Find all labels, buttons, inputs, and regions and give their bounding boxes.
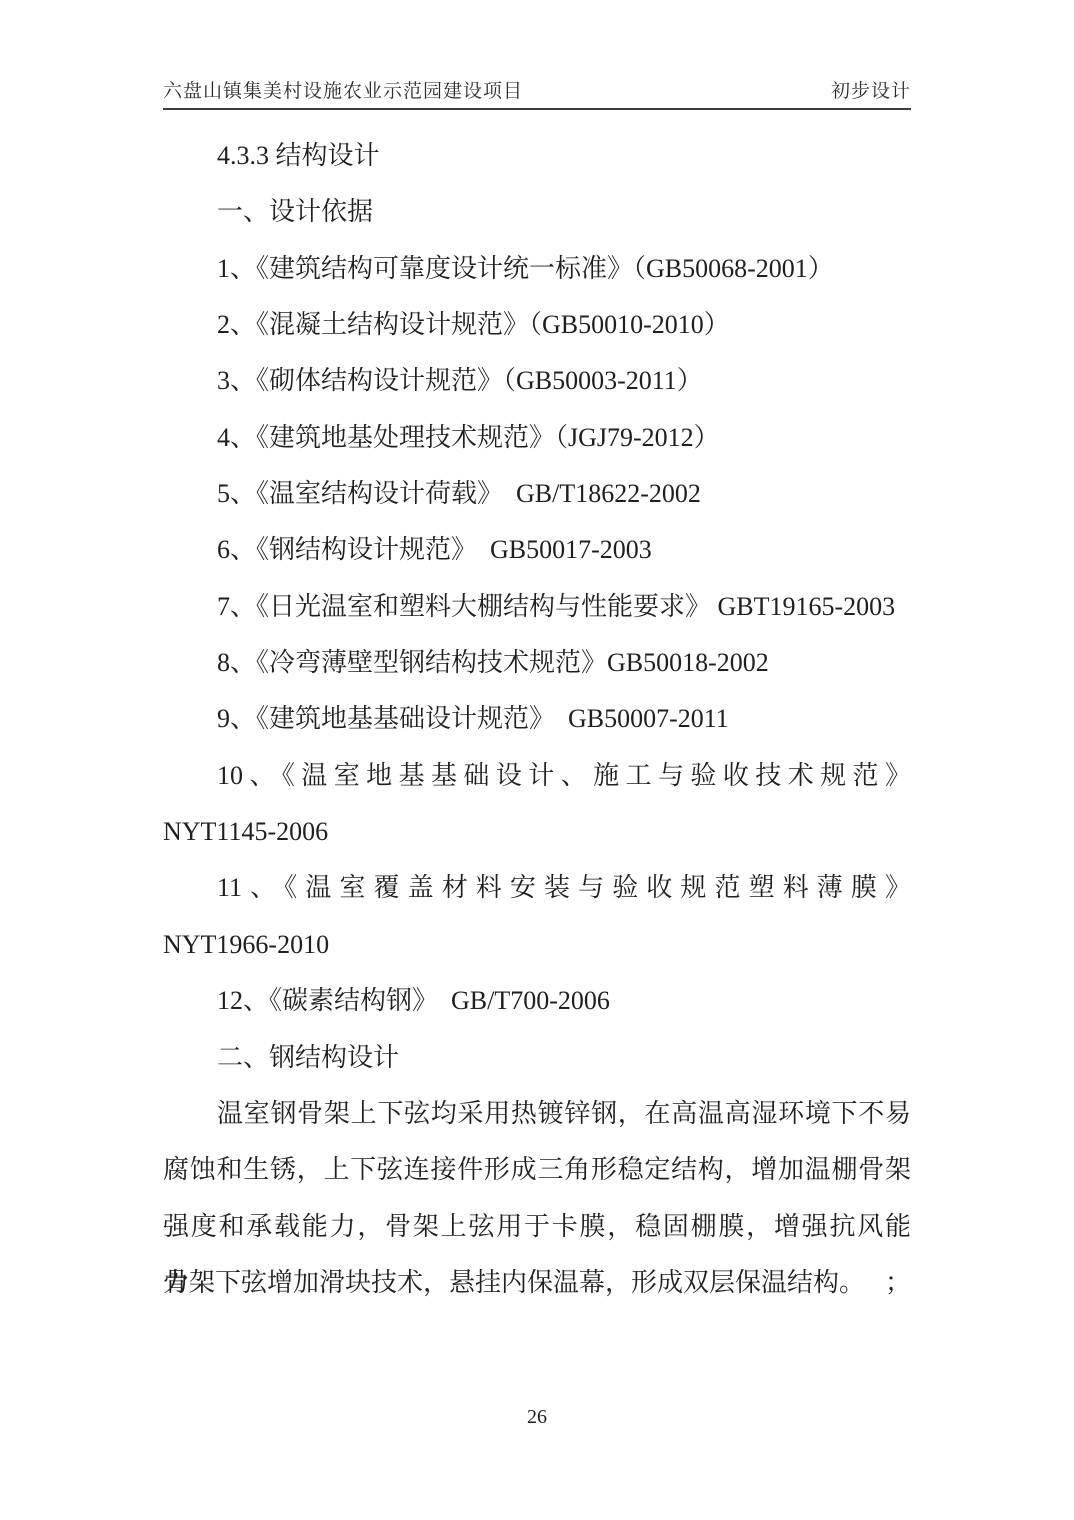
reference-item-10-continuation: NYT1145-2006	[163, 804, 911, 860]
page-header: 六盘山镇集美村设施农业示范园建设项目 初步设计	[163, 76, 911, 110]
header-project-title: 六盘山镇集美村设施农业示范园建设项目	[163, 76, 523, 103]
subsection-design-basis-title: 一、设计依据	[163, 184, 911, 240]
reference-item-8: 8、《冷弯薄壁型钢结构技术规范》GB50018-2002	[163, 635, 911, 691]
reference-item-11-continuation: NYT1966-2010	[163, 917, 911, 973]
steel-paragraph-line-3: 强度和承载能力，骨架上弦用于卡膜，稳固棚膜，增强抗风能力；	[163, 1199, 911, 1255]
subsection-steel-design-title: 二、钢结构设计	[163, 1030, 911, 1086]
reference-item-11: 11、《温室覆盖材料安装与验收规范塑料薄膜》	[163, 860, 911, 916]
reference-item-1: 1、《建筑结构可靠度设计统一标准》（GB50068-2001）	[163, 241, 911, 297]
reference-item-6: 6、《钢结构设计规范》 GB50017-2003	[163, 522, 911, 578]
reference-item-10: 10、《温室地基基础设计、施工与验收技术规范》	[163, 748, 911, 804]
steel-paragraph-line-1: 温室钢骨架上下弦均采用热镀锌钢，在高温高湿环境下不易	[163, 1086, 911, 1142]
reference-item-12: 12、《碳素结构钢》 GB/T700-2006	[163, 973, 911, 1029]
steel-paragraph-line-2: 腐蚀和生锈，上下弦连接件形成三角形稳定结构，增加温棚骨架	[163, 1142, 911, 1198]
section-heading: 4.3.3 结构设计	[163, 128, 911, 184]
header-doc-label: 初步设计	[831, 76, 911, 103]
document-body: 4.3.3 结构设计 一、设计依据 1、《建筑结构可靠度设计统一标准》（GB50…	[163, 128, 911, 1311]
reference-item-9: 9、《建筑地基基础设计规范》 GB50007-2011	[163, 691, 911, 747]
page-number: 26	[527, 1406, 547, 1428]
document-page: 六盘山镇集美村设施农业示范园建设项目 初步设计 4.3.3 结构设计 一、设计依…	[0, 0, 1074, 1520]
reference-item-2: 2、《混凝土结构设计规范》（GB50010-2010）	[163, 297, 911, 353]
reference-item-7: 7、《日光温室和塑料大棚结构与性能要求》 GBT19165-2003	[163, 579, 911, 635]
steel-paragraph-line-4: 骨架下弦增加滑块技术，悬挂内保温幕，形成双层保温结构。	[163, 1255, 911, 1311]
reference-item-3: 3、《砌体结构设计规范》（GB50003-2011）	[163, 353, 911, 409]
reference-item-4: 4、《建筑地基处理技术规范》（JGJ79-2012）	[163, 410, 911, 466]
reference-item-5: 5、《温室结构设计荷载》 GB/T18622-2002	[163, 466, 911, 522]
page-footer: 26	[0, 1406, 1074, 1429]
